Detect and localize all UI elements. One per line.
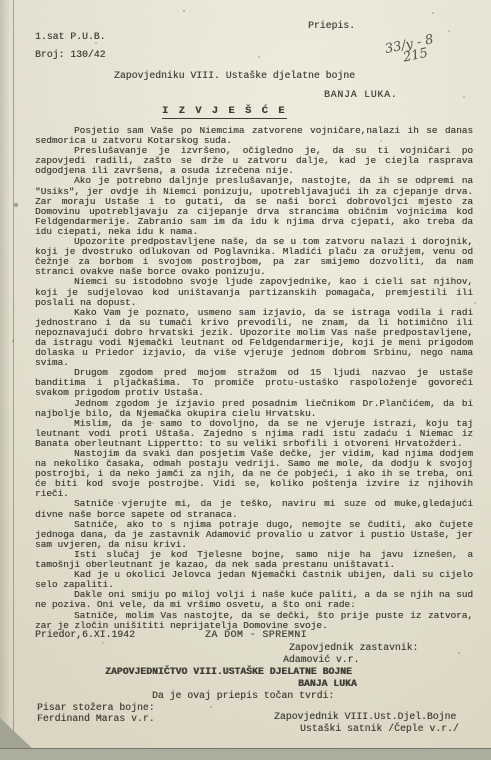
addressee: Zapovjedniku VIII. Ustaške djelatne bojn… (114, 70, 355, 81)
paper-left-edge (0, 0, 9, 750)
addressee-city: BANJA LUKA. (324, 89, 397, 100)
report-title: I Z V J E Š Ć E (162, 105, 287, 119)
paragraph: Niemci su istodobno svoje ljude zapovjed… (35, 277, 473, 307)
paragraph: Satniče, ako to s njima potraje dugo, ne… (35, 520, 473, 550)
scan-background-band (0, 748, 491, 760)
unit-line: 1.sat P.U.B. (35, 31, 106, 42)
paragraph: Dakle oni smiju po miloj volji i naše ku… (35, 590, 473, 610)
paragraph: Upozorite predpostavljene naše, da se u … (35, 237, 473, 277)
signer-name: Adamović v.r. (283, 654, 359, 665)
paragraph: Posjetio sam Vaše po Niemcima zatvorene … (35, 126, 473, 146)
paper-fold-line (13, 0, 14, 750)
place-date: Priedor,6.XI.1942 (35, 629, 135, 640)
paper-bottom-corner (0, 718, 34, 750)
handwritten-archive-note: 33/y - 8 215 (384, 33, 437, 68)
clerk-label: Pisar stožera bojne: (37, 702, 155, 713)
paragraph: Preslušavanje je izvršeno, očigledno je,… (35, 146, 473, 176)
paragraph: Jednom zgodom je izjavio pred posadnim l… (35, 399, 473, 419)
paragraph: Satniče, molim Vas nastojte, da se dečki… (35, 611, 473, 631)
salute-line: ZA DOM - SPREMNI (205, 629, 307, 640)
clerk-name: Ferdinand Maras v.r. (37, 713, 155, 724)
paragraph: Nastojim da svaki dan posjetim Vaše dečk… (35, 449, 473, 499)
scanned-document-page: Priepis. 1.sat P.U.B. Broj: 130/42 33/y … (0, 0, 491, 760)
document-number: Broj: 130/42 (35, 49, 106, 60)
report-body: Posjetio sam Vaše po Niemcima zatvorene … (35, 126, 473, 631)
commander-line1: Zapovjednik VIII.Ust.Djel.Bojne (274, 711, 456, 722)
copy-label: Priepis. (308, 20, 355, 31)
paragraph: Kad je u okolici Jelovca jedan Njemački … (35, 570, 473, 590)
paragraph: Isti slučaj je kod Tjelesne bojne, samo … (35, 550, 473, 570)
certify-statement: Da je ovaj priepis točan tvrdi: (152, 690, 334, 701)
certifying-city: BANJA LUKA (298, 678, 357, 689)
certifying-unit: ZAPOVJEDNIČTVO VIII.USTAŠKE DJELATNE BOJ… (105, 666, 352, 677)
paragraph: Ako je potrebno daljnje preslušavanje, n… (35, 176, 473, 237)
signer-role: Zapovjednik zastavnik: (289, 642, 418, 653)
paragraph: Satniče vjerujte mi, da je teško, naviru… (35, 499, 473, 519)
commander-line2: Ustaški satnik /Čeple v.r./ (300, 723, 459, 734)
paragraph: Mislim, da je samo to dovoljno, da se ne… (35, 419, 473, 449)
paragraph: Kako Vam je poznato, usmeno sam izjavio,… (35, 308, 473, 369)
paragraph: Drugom zgodom pred mojom stražom od 15 l… (35, 368, 473, 398)
